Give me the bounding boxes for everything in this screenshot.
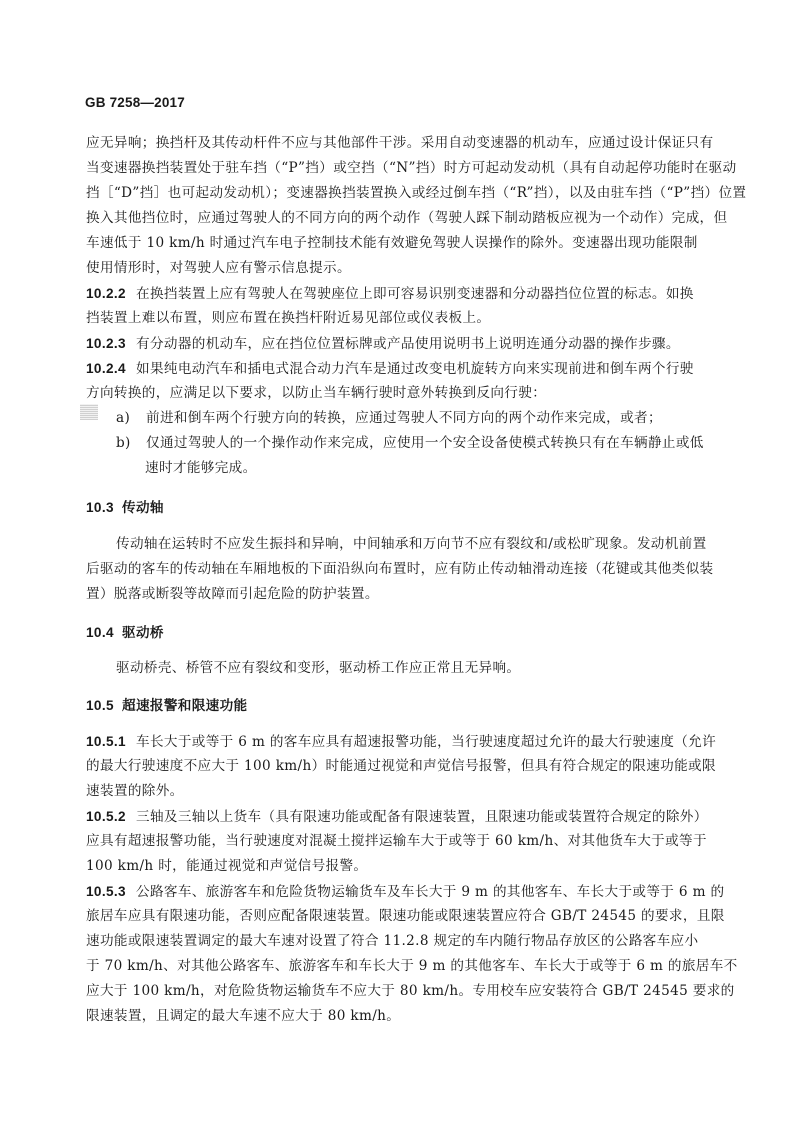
clause-number: 10.5.1 xyxy=(86,729,136,754)
section-title: 传动轴 xyxy=(122,500,164,516)
paragraph-line: 置）脱落或断裂等故障而引起危险的防护装置。 xyxy=(86,582,718,607)
clause-10-2-3: 10.2.3有分动器的机动车，应在挡位位置标牌或产品使用说明书上说明连通分动器的… xyxy=(86,331,718,357)
clause-text: 在换挡装置上应有驾驶人在驾驶座位上即可容易识别变速器和分动器挡位位置的标志。如换 xyxy=(136,286,694,302)
document-page: GB 7258—2017 应无异响；换挡杆及其传动杆件不应与其他部件干涉。采用自… xyxy=(0,0,800,1131)
clause-number: 10.5.2 xyxy=(86,804,136,829)
clause-10-5-2: 10.5.2三轴及三轴以上货车（具有限速功能或配备有限速装置，且限速功能或装置符… xyxy=(86,804,718,830)
paragraph-line: 当变速器换挡装置处于驻车挡（“P”挡）或空挡（“N”挡）时方可起动发动机（具有自… xyxy=(86,156,718,181)
paragraph-line: 车速低于 10 km/h 时通过汽车电子控制技术能有效避免驾驶人误操作的除外。变… xyxy=(86,231,718,256)
paragraph-line: 挡［“D”挡］也可起动发动机）；变速器换挡装置换入或经过倒车挡（“R”挡），以及… xyxy=(86,181,718,206)
section-number: 10.5 xyxy=(86,693,122,718)
list-item-continuation: 速时才能够完成。 xyxy=(145,456,777,481)
list-text: 仅通过驾驶人的一个操作动作来完成，应使用一个安全设备使模式转换只有在车辆静止或低 xyxy=(146,435,704,451)
paragraph-line: 后驱动的客车的传动轴在车厢地板的下面沿纵向布置时，应有防止传动轴滑动连接（花键或… xyxy=(86,557,718,582)
clause-text: 车长大于或等于 6 m 的客车应具有超速报警功能，当行驶速度超过允许的最大行驶速… xyxy=(136,734,716,750)
list-item-b: b)仅通过驾驶人的一个操作动作来完成，应使用一个安全设备使模式转换只有在车辆静止… xyxy=(116,431,748,456)
paragraph-line: 速装置的除外。 xyxy=(86,779,718,804)
paragraph-line: 应大于 100 km/h，对危险货物运输货车不应大于 80 km/h。专用校车应… xyxy=(86,979,718,1004)
section-heading-10-4: 10.4驱动桥 xyxy=(86,620,718,646)
clause-text: 三轴及三轴以上货车（具有限速功能或配备有限速装置，且限速功能或装置符合规定的除外… xyxy=(136,809,708,825)
list-item-a: a)前进和倒车两个行驶方向的转换，应通过驾驶人不同方向的两个动作来完成，或者； xyxy=(116,406,748,431)
clause-number: 10.2.3 xyxy=(86,331,136,356)
clause-text: 如果纯电动汽车和插电式混合动力汽车是通过改变电机旋转方向来实现前进和倒车两个行驶 xyxy=(136,361,694,377)
paragraph-line: 方向转换的，应满足以下要求，以防止当车辆行驶时意外转换到反向行驶： xyxy=(86,381,718,406)
paragraph-line: 旅居车应具有限速功能，否则应配备限速装置。限速功能或限速装置应符合 GB/T 2… xyxy=(86,904,718,929)
section-title: 驱动桥 xyxy=(122,625,164,641)
paragraph-line: 使用情形时，对驾驶人应有警示信息提示。 xyxy=(86,256,718,281)
paragraph-line: 100 km/h 时，能通过视觉和声觉信号报警。 xyxy=(86,854,718,879)
list-text: 前进和倒车两个行驶方向的转换，应通过驾驶人不同方向的两个动作来完成，或者； xyxy=(146,410,662,426)
paragraph-line: 应具有超速报警功能，当行驶速度对混凝土搅拌运输车大于或等于 60 km/h、对其… xyxy=(86,829,718,854)
clause-number: 10.5.3 xyxy=(86,879,136,904)
clause-10-5-1: 10.5.1车长大于或等于 6 m 的客车应具有超速报警功能，当行驶速度超过允许… xyxy=(86,729,718,755)
clause-10-2-2: 10.2.2在换挡装置上应有驾驶人在驾驶座位上即可容易识别变速器和分动器挡位位置… xyxy=(86,281,718,307)
paragraph-line: 速功能或限速装置调定的最大车速对设置了符合 11.2.8 规定的车内随行物品存放… xyxy=(86,929,718,954)
list-label: a) xyxy=(116,406,146,431)
paragraph-line: 驱动桥壳、桥管不应有裂纹和变形，驱动桥工作应正常且无异响。 xyxy=(116,656,748,681)
clause-number: 10.2.4 xyxy=(86,356,136,381)
scan-mark-icon xyxy=(80,404,98,420)
paragraph-line: 限速装置，且调定的最大车速不应大于 80 km/h。 xyxy=(86,1004,718,1029)
paragraph-line: 的最大行驶速度不应大于 100 km/h）时能通过视觉和声觉信号报警，但具有符合… xyxy=(86,754,718,779)
section-heading-10-3: 10.3传动轴 xyxy=(86,495,718,521)
paragraph-line: 于 70 km/h、对其他公路客车、旅游客车和车长大于 9 m 的其他客车、车长… xyxy=(86,954,718,979)
clause-number: 10.2.2 xyxy=(86,281,136,306)
section-title: 超速报警和限速功能 xyxy=(122,698,248,714)
section-number: 10.4 xyxy=(86,620,122,645)
list-label: b) xyxy=(116,431,146,456)
paragraph-line: 传动轴在运转时不应发生振抖和异响，中间轴承和万向节不应有裂纹和/或松旷现象。发动… xyxy=(116,532,748,557)
paragraph-line: 应无异响；换挡杆及其传动杆件不应与其他部件干涉。采用自动变速器的机动车，应通过设… xyxy=(86,131,718,156)
section-heading-10-5: 10.5超速报警和限速功能 xyxy=(86,693,718,719)
paragraph-line: 挡装置上难以布置，则应布置在换挡杆附近易见部位或仪表板上。 xyxy=(86,306,718,331)
clause-10-5-3: 10.5.3公路客车、旅游客车和危险货物运输货车及车长大于 9 m 的其他客车、… xyxy=(86,879,718,905)
standard-code: GB 7258—2017 xyxy=(85,95,185,110)
clause-10-2-4: 10.2.4如果纯电动汽车和插电式混合动力汽车是通过改变电机旋转方向来实现前进和… xyxy=(86,356,718,382)
paragraph-line: 换入其他挡位时，应通过驾驶人的不同方向的两个动作（驾驶人踩下制动踏板应视为一个动… xyxy=(86,206,718,231)
section-number: 10.3 xyxy=(86,495,122,520)
clause-text: 有分动器的机动车，应在挡位位置标牌或产品使用说明书上说明连通分动器的操作步骤。 xyxy=(136,336,680,352)
clause-text: 公路客车、旅游客车和危险货物运输货车及车长大于 9 m 的其他客车、车长大于或等… xyxy=(136,884,724,900)
